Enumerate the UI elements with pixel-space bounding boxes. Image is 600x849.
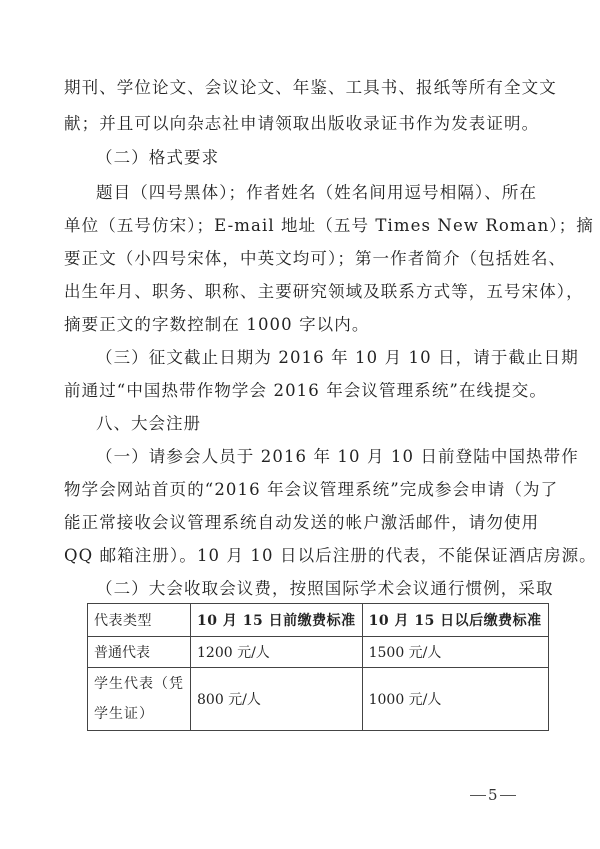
page-number-dash [500, 795, 516, 796]
table-row: 学生代表（凭 学生证） 800 元/人 1000 元/人 [88, 668, 549, 731]
table-header-type: 代表类型 [88, 604, 191, 637]
table-cell-type-line: 学生代表（凭 [94, 669, 184, 699]
table-header-row: 代表类型 10 月 15 日前缴费标准 10 月 15 日以后缴费标准 [88, 604, 549, 637]
body-text-line: （三）征文截止日期为 2016 年 10 月 10 日，请于截止日期 [96, 348, 576, 368]
body-text-line: （二）大会收取会议费，按照国际学术会议通行惯例，采取 [96, 579, 576, 599]
table-cell-type: 普通代表 [88, 637, 191, 668]
table-cell-early: 1200 元/人 [191, 637, 363, 668]
table-row: 普通代表 1200 元/人 1500 元/人 [88, 637, 549, 668]
body-text-line: 能正常接收会议管理系统自动发送的帐户激活邮件，请勿使用 [64, 513, 544, 533]
body-text-line: 摘要正文的字数控制在 1000 字以内。 [64, 315, 544, 335]
table-cell-late: 1000 元/人 [362, 668, 548, 731]
fee-table: 代表类型 10 月 15 日前缴费标准 10 月 15 日以后缴费标准 普通代表… [87, 603, 549, 731]
table-cell-type-line: 学生证） [94, 699, 184, 729]
page-number-dash [470, 795, 486, 796]
table-cell-type: 学生代表（凭 学生证） [88, 668, 191, 731]
body-text-line: 期刊、学位论文、会议论文、年鉴、工具书、报纸等所有全文文 [64, 78, 544, 98]
body-text-line: 出生年月、职务、职称、主要研究领域及联系方式等，五号宋体）， [64, 282, 544, 302]
body-text-line: 单位（五号仿宋）；E-mail 地址（五号 Times New Roman）；摘 [64, 216, 544, 236]
table-cell-early: 800 元/人 [191, 668, 363, 731]
body-text-line: （一）请参会人员于 2016 年 10 月 10 日前登陆中国热带作 [96, 447, 576, 467]
table-header-late: 10 月 15 日以后缴费标准 [362, 604, 548, 637]
section-heading-format: （二）格式要求 [96, 148, 576, 168]
body-text-line: 献；并且可以向杂志社申请领取出版收录证书作为发表证明。 [64, 114, 544, 134]
page-number: 5 [470, 786, 516, 804]
table-header-early: 10 月 15 日前缴费标准 [191, 604, 363, 637]
body-text-line: QQ 邮箱注册）。10 月 10 日以后注册的代表，不能保证酒店房源。 [64, 546, 544, 566]
body-text-line: 题目（四号黑体）；作者姓名（姓名间用逗号相隔）、所在 [96, 183, 576, 203]
body-text-line: 要正文（小四号宋体，中英文均可）；第一作者简介（包括姓名、 [64, 249, 544, 269]
page-number-value: 5 [488, 786, 498, 804]
body-text-line: 前通过“中国热带作物学会 2016 年会议管理系统”在线提交。 [64, 381, 544, 401]
body-text-line: 物学会网站首页的“2016 年会议管理系统”完成参会申请（为了 [64, 480, 544, 500]
section-heading-registration: 八、大会注册 [96, 414, 576, 434]
table-cell-late: 1500 元/人 [362, 637, 548, 668]
